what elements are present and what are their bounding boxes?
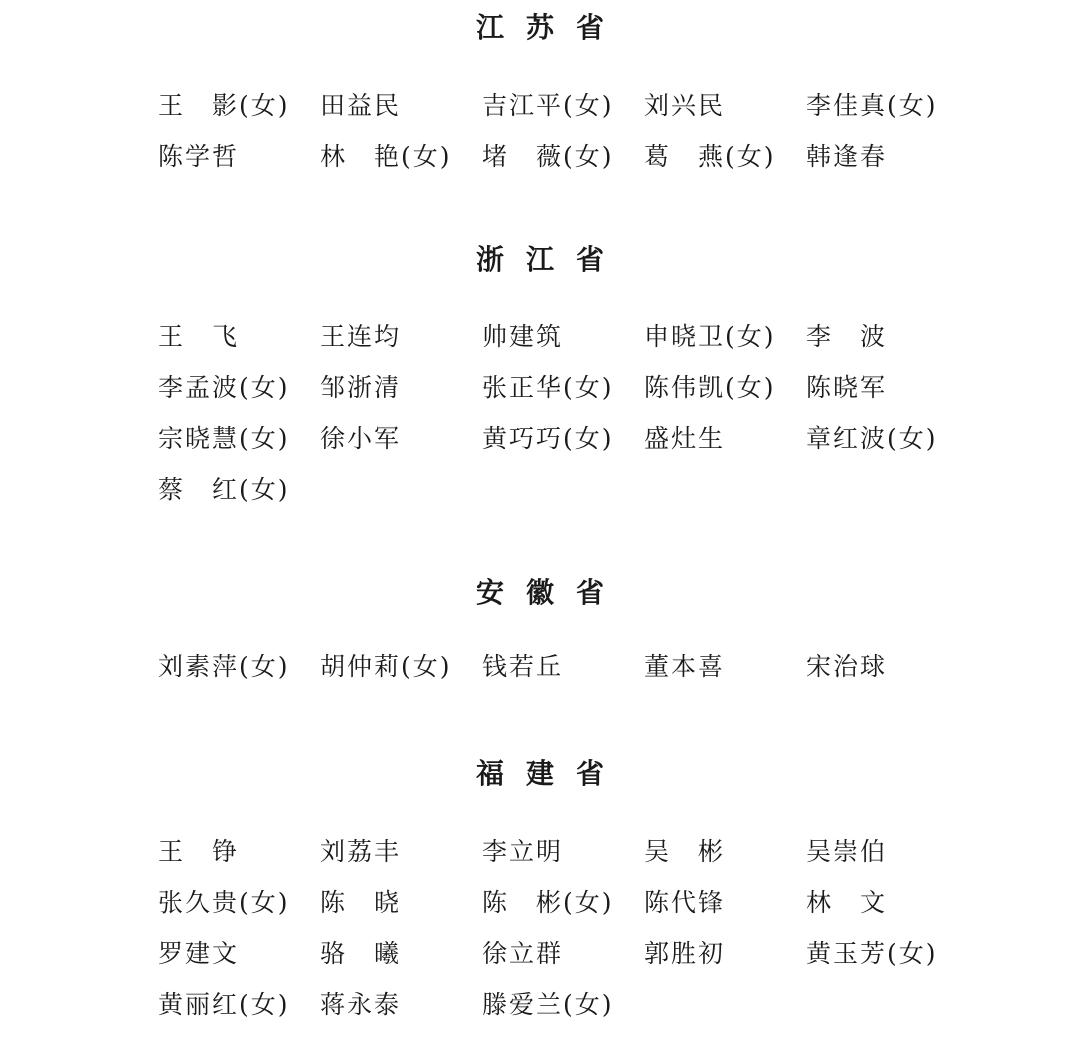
name-entry: 徐立群: [482, 938, 563, 970]
name-entry: 徐小军: [320, 423, 401, 455]
name-entry: 罗建文: [158, 938, 239, 970]
name-entry: 钱若丘: [482, 651, 563, 683]
name-entry: 李佳真(女): [806, 90, 938, 122]
name-entry: 李立明: [482, 836, 563, 868]
name-entry: 张正华(女): [482, 372, 614, 404]
section-title: 福建省: [0, 758, 1080, 790]
name-entry: 李孟波(女): [158, 372, 290, 404]
name-entry: 蔡 红(女): [158, 474, 290, 506]
name-entry: 盛灶生: [644, 423, 725, 455]
section-title: 安徽省: [0, 577, 1080, 609]
name-entry: 王 飞: [158, 321, 239, 353]
name-entry: 堵 薇(女): [482, 141, 614, 173]
name-entry: 张久贵(女): [158, 887, 290, 919]
name-entry: 吉江平(女): [482, 90, 614, 122]
name-entry: 宗晓慧(女): [158, 423, 290, 455]
name-entry: 滕爱兰(女): [482, 989, 614, 1021]
name-entry: 郭胜初: [644, 938, 725, 970]
name-entry: 刘素萍(女): [158, 651, 290, 683]
name-entry: 吴崇伯: [806, 836, 887, 868]
name-entry: 李 波: [806, 321, 887, 353]
name-entry: 帅建筑: [482, 321, 563, 353]
name-entry: 王 铮: [158, 836, 239, 868]
name-entry: 胡仲莉(女): [320, 651, 452, 683]
section-title: 浙江省: [0, 244, 1080, 276]
name-entry: 黄丽红(女): [158, 989, 290, 1021]
name-entry: 陈 晓: [320, 887, 401, 919]
name-entry: 申晓卫(女): [644, 321, 776, 353]
name-entry: 陈 彬(女): [482, 887, 614, 919]
name-entry: 田益民: [320, 90, 401, 122]
name-entry: 刘兴民: [644, 90, 725, 122]
name-entry: 陈代锋: [644, 887, 725, 919]
name-entry: 刘荔丰: [320, 836, 401, 868]
name-entry: 王连均: [320, 321, 401, 353]
section-title: 江苏省: [0, 12, 1080, 44]
name-entry: 黄巧巧(女): [482, 423, 614, 455]
name-entry: 陈学哲: [158, 141, 239, 173]
name-entry: 陈伟凯(女): [644, 372, 776, 404]
name-entry: 骆 曦: [320, 938, 401, 970]
name-entry: 林 艳(女): [320, 141, 452, 173]
name-entry: 吴 彬: [644, 836, 725, 868]
name-entry: 林 文: [806, 887, 887, 919]
name-entry: 葛 燕(女): [644, 141, 776, 173]
name-entry: 章红波(女): [806, 423, 938, 455]
name-entry: 董本喜: [644, 651, 725, 683]
name-entry: 王 影(女): [158, 90, 290, 122]
name-entry: 黄玉芳(女): [806, 938, 938, 970]
name-entry: 陈晓军: [806, 372, 887, 404]
name-entry: 邹浙清: [320, 372, 401, 404]
name-entry: 韩逢春: [806, 141, 887, 173]
name-entry: 蒋永泰: [320, 989, 401, 1021]
name-entry: 宋治球: [806, 651, 887, 683]
